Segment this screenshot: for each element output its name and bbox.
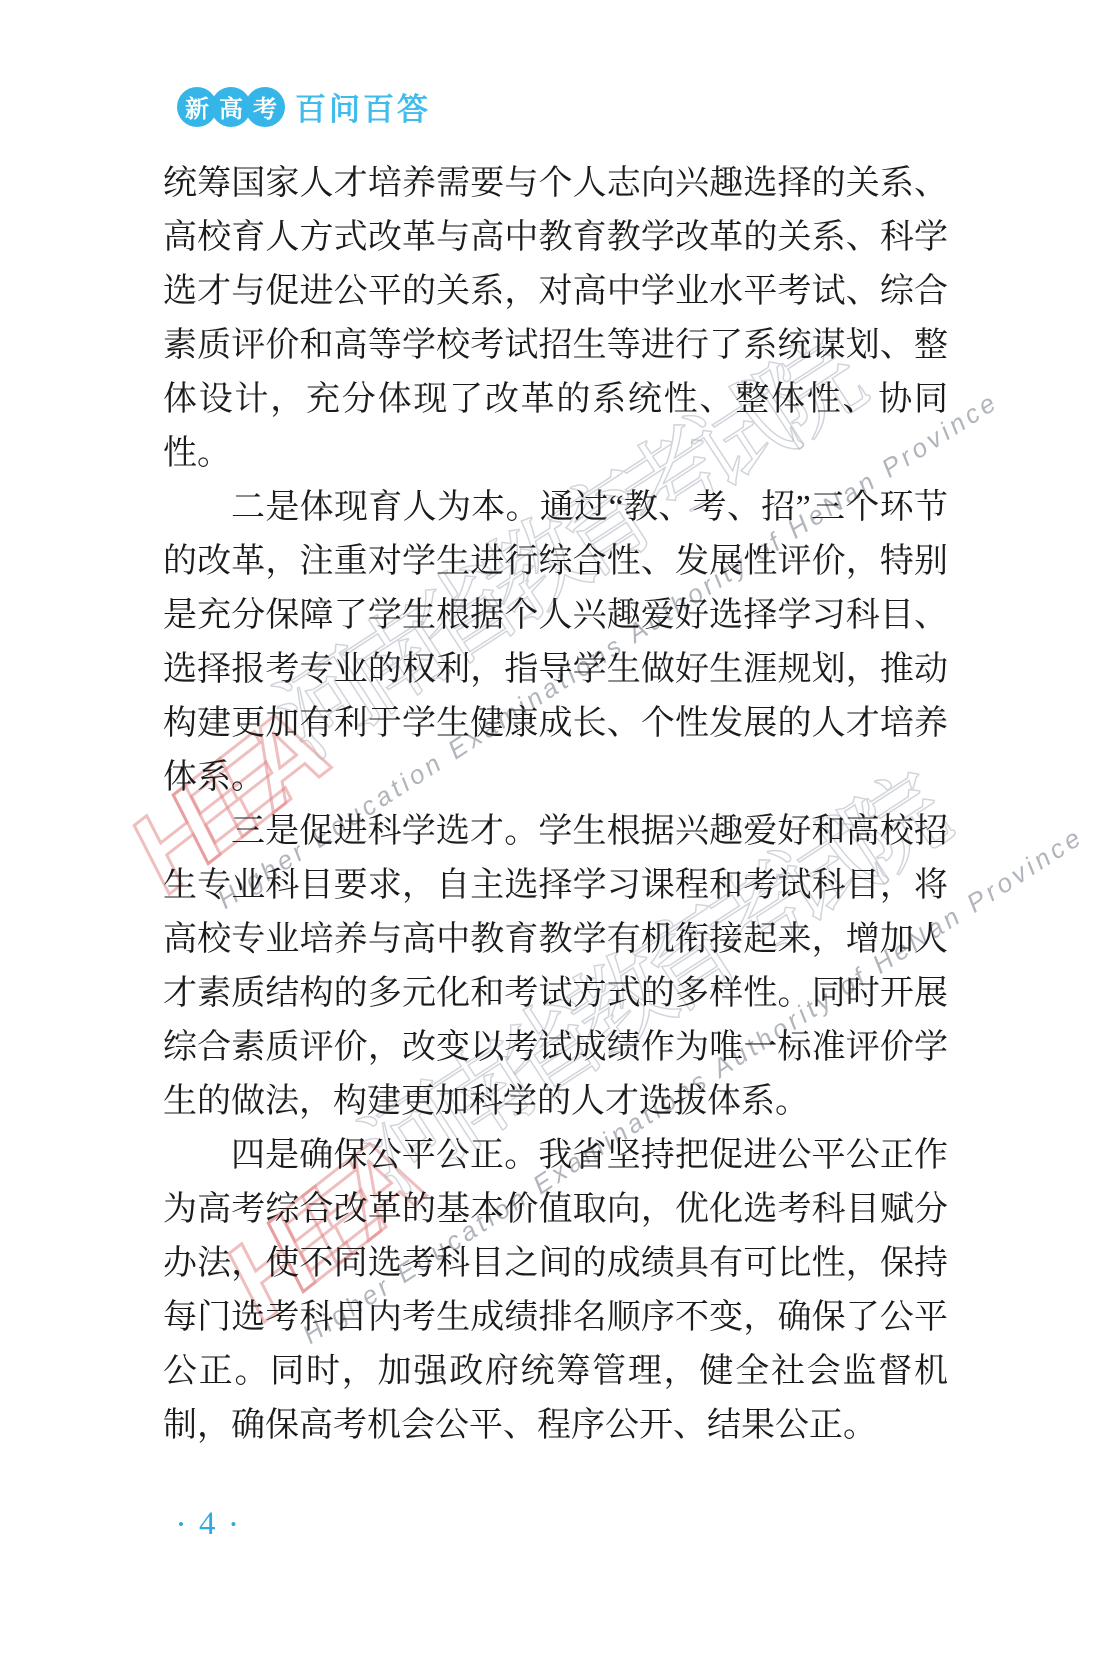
paragraph-fourth-point: 四是确保公平公正。我省坚持把促进公平公正作为高考综合改革的基本价值取向，优化选考… (163, 1129, 948, 1453)
paragraph-continuation: 统筹国家人才培养需要与个人志向兴趣选择的关系、高校育人方式改革与高中教育教学改革… (163, 157, 948, 481)
page-number-dot-left: • (178, 1516, 184, 1533)
page-header-brand: 新 高 考 百问百答 (177, 84, 431, 129)
brand-circle-kao: 考 (245, 87, 285, 127)
brand-logo: 新 高 考 (177, 87, 279, 127)
document-body: 统筹国家人才培养需要与个人志向兴趣选择的关系、高校育人方式改革与高中教育教学改革… (163, 157, 948, 1453)
page-number: • 4 • (178, 1508, 236, 1541)
paragraph-second-point: 二是体现育人为本。通过“教、考、招”三个环节的改革，注重对学生进行综合性、发展性… (163, 481, 948, 805)
brand-title-text: 百问百答 (295, 84, 431, 129)
paragraph-third-point: 三是促进科学选才。学生根据兴趣爱好和高校招生专业科目要求，自主选择学习课程和考试… (163, 805, 948, 1129)
page-number-dot-right: • (230, 1516, 236, 1533)
page-number-value: 4 (199, 1508, 216, 1541)
